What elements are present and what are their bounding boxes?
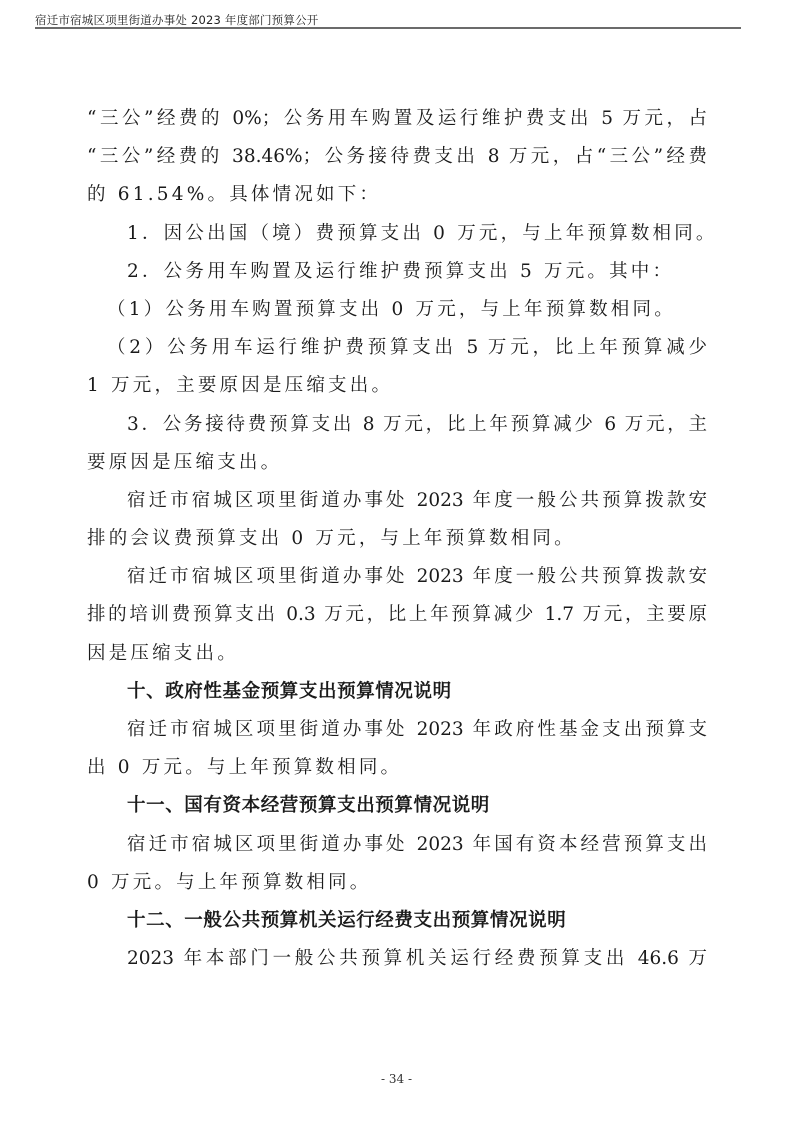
paragraph-line: （2）公务用车运行维护费预算支出 5 万元，比上年预算减少	[87, 329, 707, 367]
paragraph-line: 1 万元，主要原因是压缩支出。	[87, 367, 707, 405]
paragraph-line: 要原因是压缩支出。	[87, 444, 707, 482]
running-header: 宿迁市宿城区项里街道办事处 2023 年度部门预算公开	[35, 12, 741, 28]
paragraph-line: 宿迁市宿城区项里街道办事处 2023 年度一般公共预算拨款安	[87, 558, 707, 596]
section-heading: 十二、一般公共预算机关运行经费支出预算情况说明	[87, 902, 707, 940]
paragraph-line: 2023 年本部门一般公共预算机关运行经费预算支出 46.6 万	[87, 940, 707, 978]
section-heading: 十、政府性基金预算支出预算情况说明	[87, 673, 707, 711]
paragraph-line: 宿迁市宿城区项里街道办事处 2023 年度一般公共预算拨款安	[87, 482, 707, 520]
paragraph-line: 0 万元。与上年预算数相同。	[87, 864, 707, 902]
paragraph-line: 1．因公出国（境）费预算支出 0 万元，与上年预算数相同。	[87, 215, 707, 253]
paragraph-line: 2．公务用车购置及运行维护费预算支出 5 万元。其中：	[87, 253, 707, 291]
page-number: - 34 -	[0, 1072, 793, 1086]
header-divider	[35, 27, 741, 29]
paragraph-line: 排的会议费预算支出 0 万元，与上年预算数相同。	[87, 520, 707, 558]
paragraph-line: （1）公务用车购置预算支出 0 万元，与上年预算数相同。	[87, 291, 707, 329]
document-body: “三公”经费的 0%；公务用车购置及运行维护费支出 5 万元，占“三公”经费的 …	[87, 100, 707, 978]
paragraph-line: 3．公务接待费预算支出 8 万元，比上年预算减少 6 万元，主	[87, 406, 707, 444]
paragraph-line: 排的培训费预算支出 0.3 万元，比上年预算减少 1.7 万元，主要原	[87, 596, 707, 634]
paragraph-line: 宿迁市宿城区项里街道办事处 2023 年国有资本经营预算支出	[87, 826, 707, 864]
paragraph-line: 出 0 万元。与上年预算数相同。	[87, 749, 707, 787]
paragraph-line: “三公”经费的 38.46%；公务接待费支出 8 万元，占“三公”经费	[87, 138, 707, 176]
paragraph-line: 的 61.54%。具体情况如下：	[87, 176, 707, 214]
paragraph-line: “三公”经费的 0%；公务用车购置及运行维护费支出 5 万元，占	[87, 100, 707, 138]
paragraph-line: 宿迁市宿城区项里街道办事处 2023 年政府性基金支出预算支	[87, 711, 707, 749]
section-heading: 十一、国有资本经营预算支出预算情况说明	[87, 787, 707, 825]
paragraph-line: 因是压缩支出。	[87, 635, 707, 673]
